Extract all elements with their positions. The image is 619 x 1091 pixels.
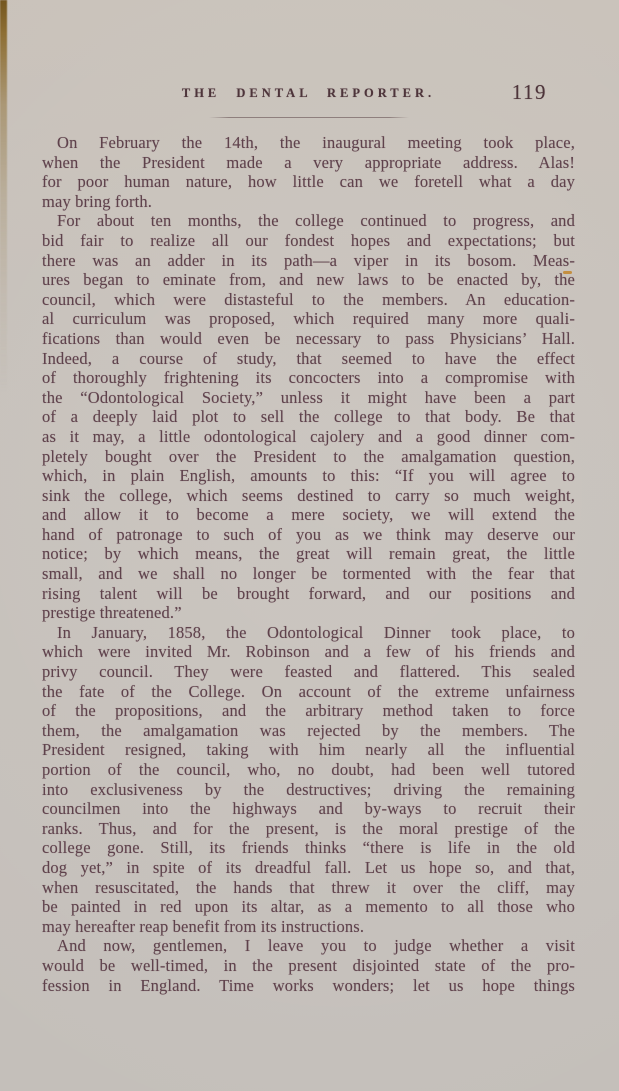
text-line: council, which were distasteful to the m…	[42, 290, 575, 310]
text-line: them, the amalgamation was rejected by t…	[42, 721, 575, 741]
text-line: ranks. Thus, and for the present, is the…	[42, 819, 575, 839]
paragraph: On February the 14th, the inaugural meet…	[42, 133, 575, 211]
text-line: there was an adder in its path—a viper i…	[42, 251, 575, 271]
page-gutter-shadow	[0, 0, 7, 655]
text-line: the “Odontological Society,” unless it m…	[42, 388, 575, 408]
text-line: which, in plain English, amounts to this…	[42, 466, 575, 486]
text-line: as it may, a little odontological cajole…	[42, 427, 575, 447]
text-line: which were invited Mr. Robinson and a fe…	[42, 642, 575, 662]
ink-smudge	[563, 271, 572, 274]
text-line: and allow it to become a mere society, w…	[42, 505, 575, 525]
text-line: college gone. Still, its friends thinks …	[42, 838, 575, 858]
text-line: dog yet,” in spite of its dreadful fall.…	[42, 858, 575, 878]
text-line: be painted in red upon its altar, as a m…	[42, 897, 575, 917]
text-line: fications than would even be necessary t…	[42, 329, 575, 349]
text-line: hand of patronage to such of you as we t…	[42, 525, 575, 545]
text-line: notice; by which means, the great will r…	[42, 544, 575, 564]
journal-title: THE DENTAL REPORTER.	[42, 86, 575, 101]
text-line: the fate of the College. On account of t…	[42, 682, 575, 702]
text-line: pletely bought over the President to the…	[42, 447, 575, 467]
text-line: prestige threatened.”	[42, 603, 575, 623]
text-line: And now, gentlemen, I leave you to judge…	[42, 936, 575, 956]
text-line: privy council. They were feasted and fla…	[42, 662, 575, 682]
scanned-page: THE DENTAL REPORTER. 119 On February the…	[0, 0, 619, 1091]
text-line: fession in England. Time works wonders; …	[42, 976, 575, 996]
text-line: rising talent will be brought forward, a…	[42, 584, 575, 604]
text-line: of a deeply laid plot to sell the colleg…	[42, 407, 575, 427]
paragraph: And now, gentlemen, I leave you to judge…	[42, 936, 575, 995]
text-line: For about ten months, the college contin…	[42, 211, 575, 231]
text-line: President resigned, taking with him near…	[42, 740, 575, 760]
text-line: may hereafter reap benefit from its inst…	[42, 917, 575, 937]
text-line: Indeed, a course of study, that seemed t…	[42, 349, 575, 369]
paragraph: For about ten months, the college contin…	[42, 211, 575, 622]
text-line: portion of the council, who, no doubt, h…	[42, 760, 575, 780]
text-line: On February the 14th, the inaugural meet…	[42, 133, 575, 153]
running-header: THE DENTAL REPORTER. 119	[42, 86, 575, 126]
text-line: of thoroughly frightening its concocters…	[42, 368, 575, 388]
text-line: would be well-timed, in the present disj…	[42, 956, 575, 976]
text-line: al curriculum was proposed, which requir…	[42, 309, 575, 329]
text-line: councilmen into the highways and by-ways…	[42, 799, 575, 819]
text-line: sink the college, which seems destined t…	[42, 486, 575, 506]
text-line: into exclusiveness by the destructives; …	[42, 780, 575, 800]
page-number: 119	[512, 80, 547, 105]
text-line: of the propositions, and the arbitrary m…	[42, 701, 575, 721]
text-line: bid fair to realize all our fondest hope…	[42, 231, 575, 251]
header-rule	[209, 117, 409, 118]
text-line: for poor human nature, how little can we…	[42, 172, 575, 192]
text-line: ures began to eminate from, and new laws…	[42, 270, 575, 290]
text-line: may bring forth.	[42, 192, 575, 212]
text-line: small, and we shall no longer be torment…	[42, 564, 575, 584]
text-line: when resuscitated, the hands that threw …	[42, 878, 575, 898]
text-line: when the President made a very appropria…	[42, 153, 575, 173]
paragraph: In January, 1858, the Odontological Dinn…	[42, 623, 575, 937]
body-text: On February the 14th, the inaugural meet…	[42, 133, 575, 995]
text-line: In January, 1858, the Odontological Dinn…	[42, 623, 575, 643]
